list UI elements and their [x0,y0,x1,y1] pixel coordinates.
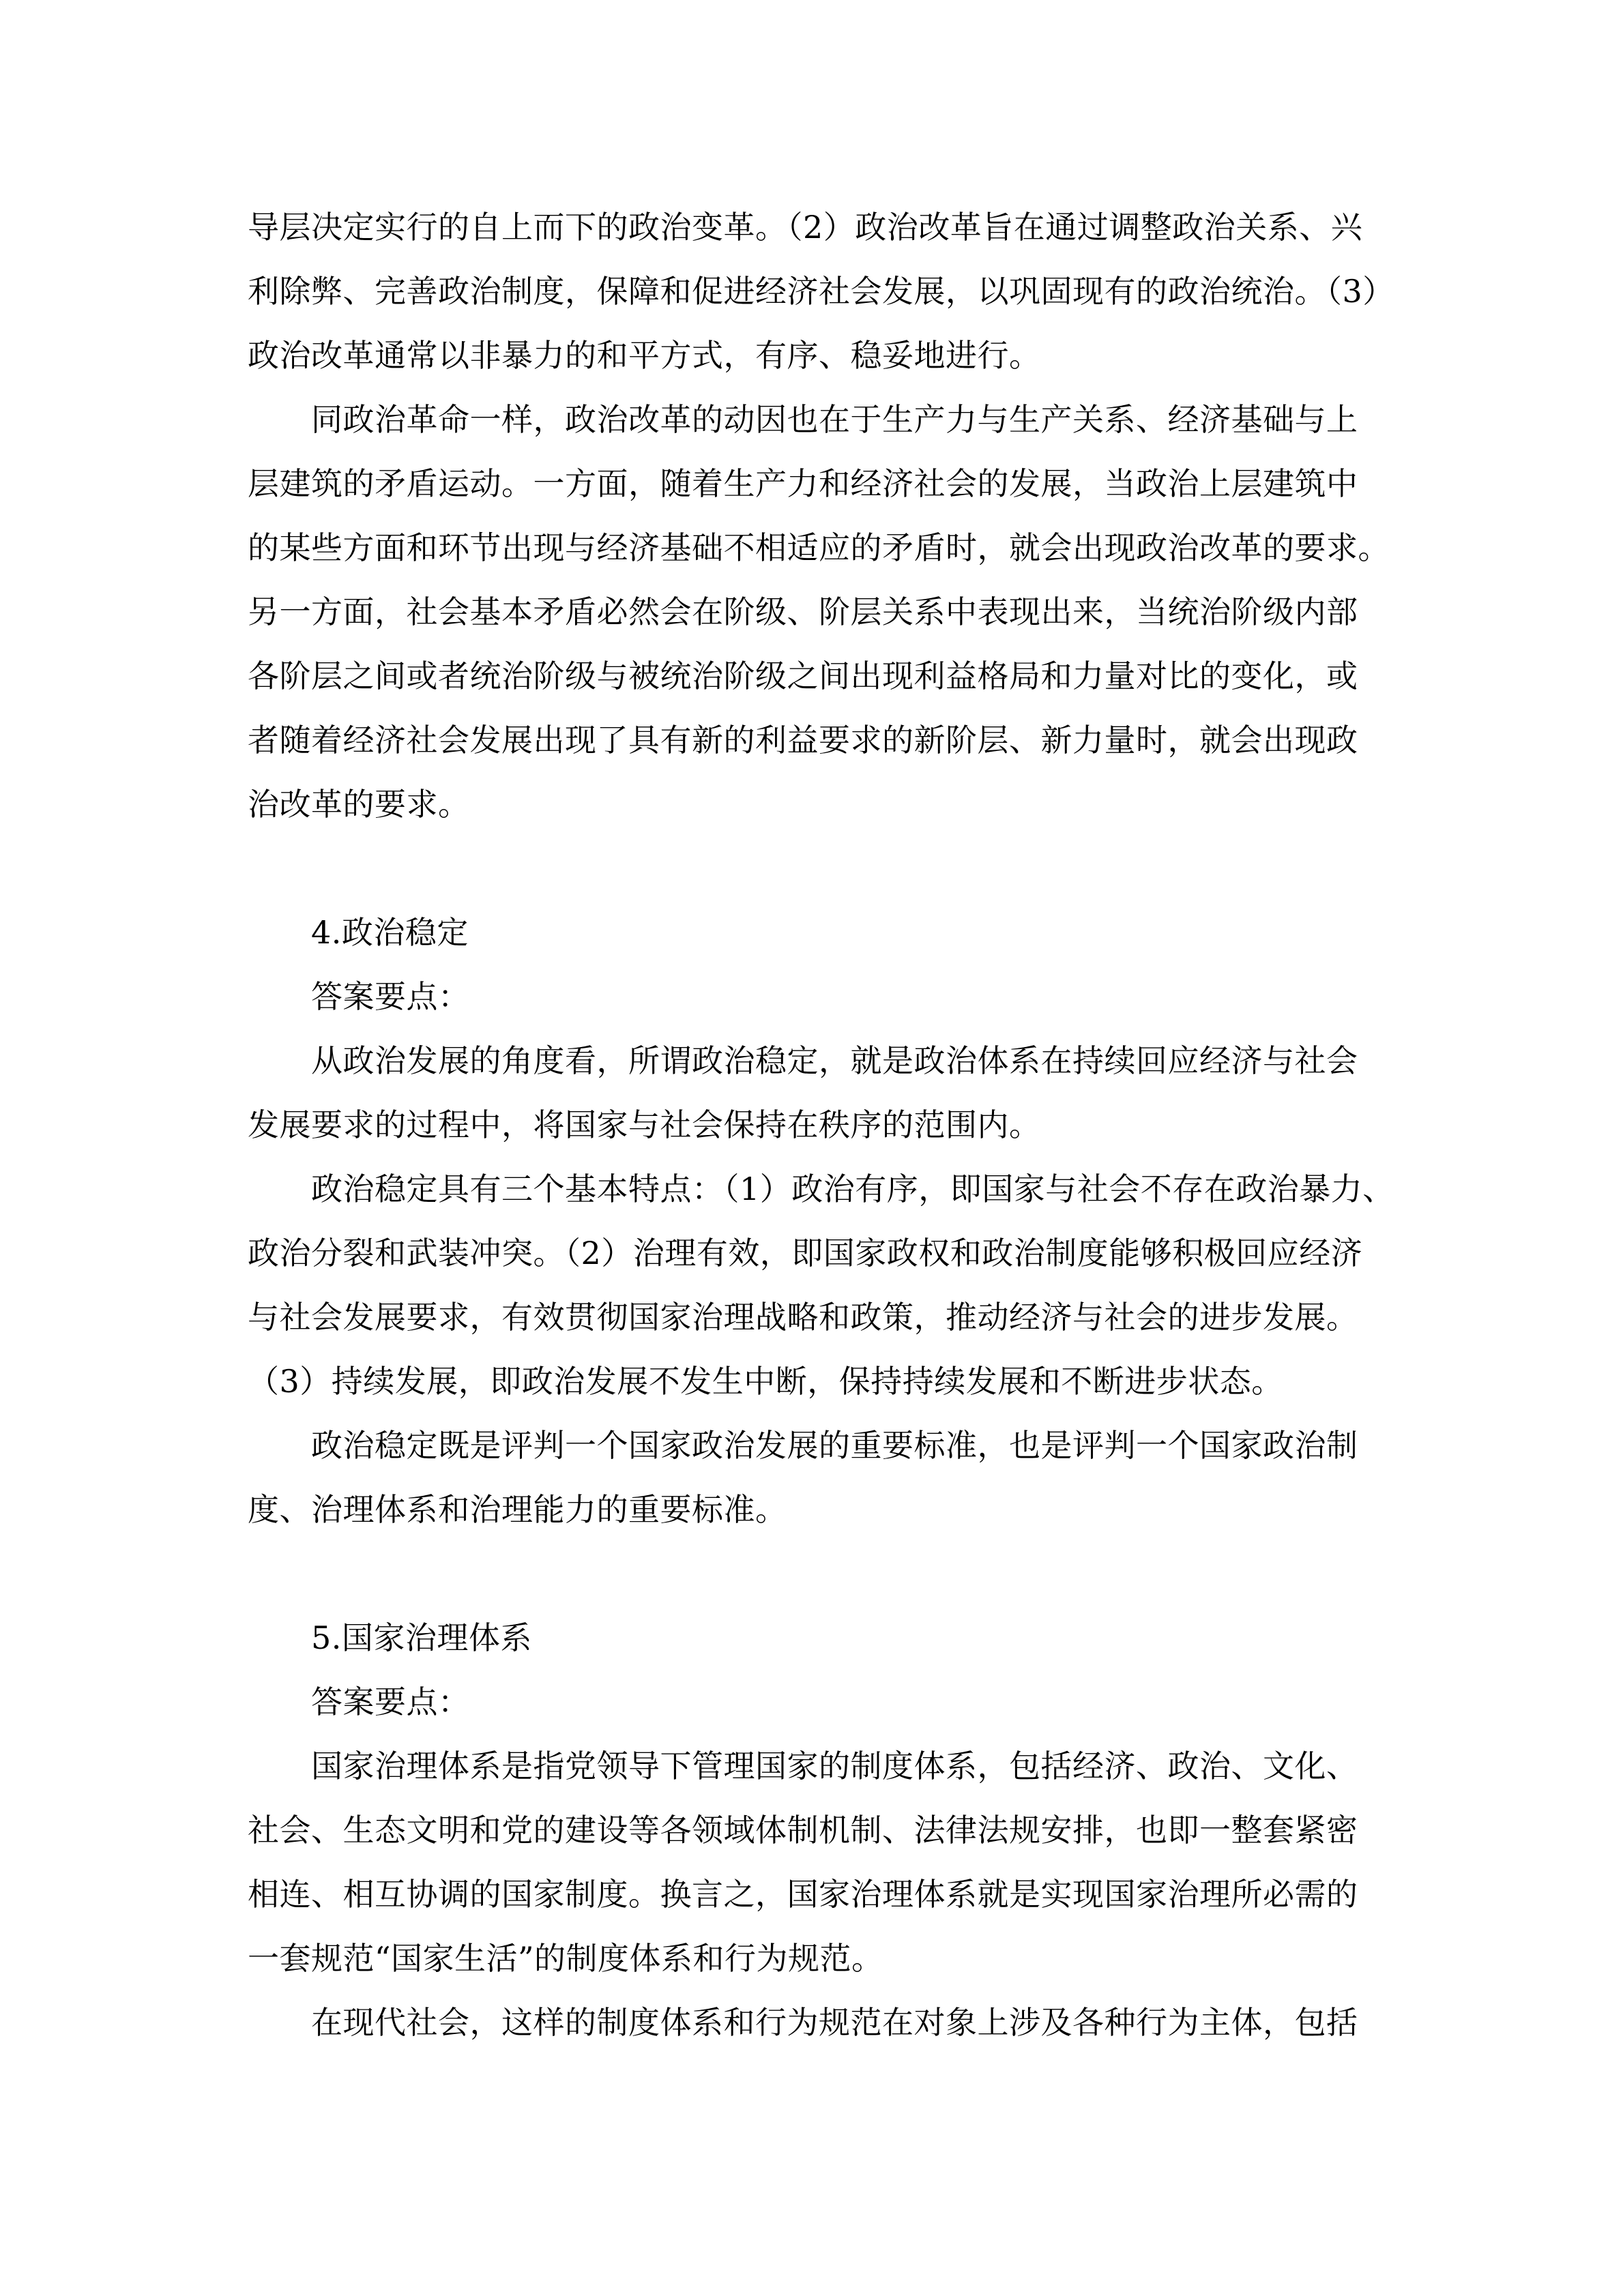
text-line: 利除弊、完善政治制度，保障和促进经济社会发展，以巩固现有的政治统治。（3） [248,259,1401,323]
text-line: 政治改革通常以非暴力的和平方式，有序、稳妥地进行。 [248,323,1401,387]
document-page: 导层决定实行的自上而下的政治变革。（2）政治改革旨在通过调整政治关系、兴 利除弊… [0,0,1623,2296]
text-line: 导层决定实行的自上而下的政治变革。（2）政治改革旨在通过调整政治关系、兴 [248,195,1401,259]
text-line: 度、治理体系和治理能力的重要标准。 [248,1477,1401,1542]
text-line: 政治稳定既是评判一个国家政治发展的重要标准，也是评判一个国家政治制 [248,1413,1401,1477]
text-line: 者随着经济社会发展出现了具有新的利益要求的新阶层、新力量时，就会出现政 [248,708,1401,772]
text-line: 一套规范“国家生活”的制度体系和行为规范。 [248,1926,1401,1990]
text-line: 政治稳定具有三个基本特点：（1）政治有序，即国家与社会不存在政治暴力、 [248,1157,1401,1221]
text-line: 治改革的要求。 [248,772,1401,836]
text-line: 在现代社会，这样的制度体系和行为规范在对象上涉及各种行为主体，包括 [248,1990,1401,2055]
text-line: 与社会发展要求，有效贯彻国家治理战略和政策，推动经济与社会的进步发展。 [248,1285,1401,1349]
text-line: 从政治发展的角度看，所谓政治稳定，就是政治体系在持续回应经济与社会 [248,1029,1401,1093]
text-line: 发展要求的过程中，将国家与社会保持在秩序的范围内。 [248,1093,1401,1157]
text-line: （3）持续发展，即政治发展不发生中断，保持持续发展和不断进步状态。 [248,1349,1401,1413]
text-line: 相连、相互协调的国家制度。换言之，国家治理体系就是实现国家治理所必需的 [248,1862,1401,1926]
blank-line [248,836,1401,900]
section-heading: 5.国家治理体系 [248,1606,1401,1670]
document-body: 导层决定实行的自上而下的政治变革。（2）政治改革旨在通过调整政治关系、兴 利除弊… [248,195,1401,2055]
text-line: 答案要点： [248,965,1401,1029]
text-line: 国家治理体系是指党领导下管理国家的制度体系，包括经济、政治、文化、 [248,1734,1401,1798]
section-heading: 4.政治稳定 [248,900,1401,965]
text-line: 答案要点： [248,1670,1401,1734]
text-line: 各阶层之间或者统治阶级与被统治阶级之间出现利益格局和力量对比的变化，或 [248,644,1401,708]
text-line: 层建筑的矛盾运动。一方面，随着生产力和经济社会的发展，当政治上层建筑中 [248,452,1401,516]
text-line: 的某些方面和环节出现与经济基础不相适应的矛盾时，就会出现政治改革的要求。 [248,516,1401,580]
text-line: 政治分裂和武装冲突。（2）治理有效，即国家政权和政治制度能够积极回应经济 [248,1221,1401,1285]
text-line: 同政治革命一样，政治改革的动因也在于生产力与生产关系、经济基础与上 [248,387,1401,452]
blank-line [248,1542,1401,1606]
text-line: 另一方面，社会基本矛盾必然会在阶级、阶层关系中表现出来，当统治阶级内部 [248,580,1401,644]
text-line: 社会、生态文明和党的建设等各领域体制机制、法律法规安排，也即一整套紧密 [248,1798,1401,1862]
